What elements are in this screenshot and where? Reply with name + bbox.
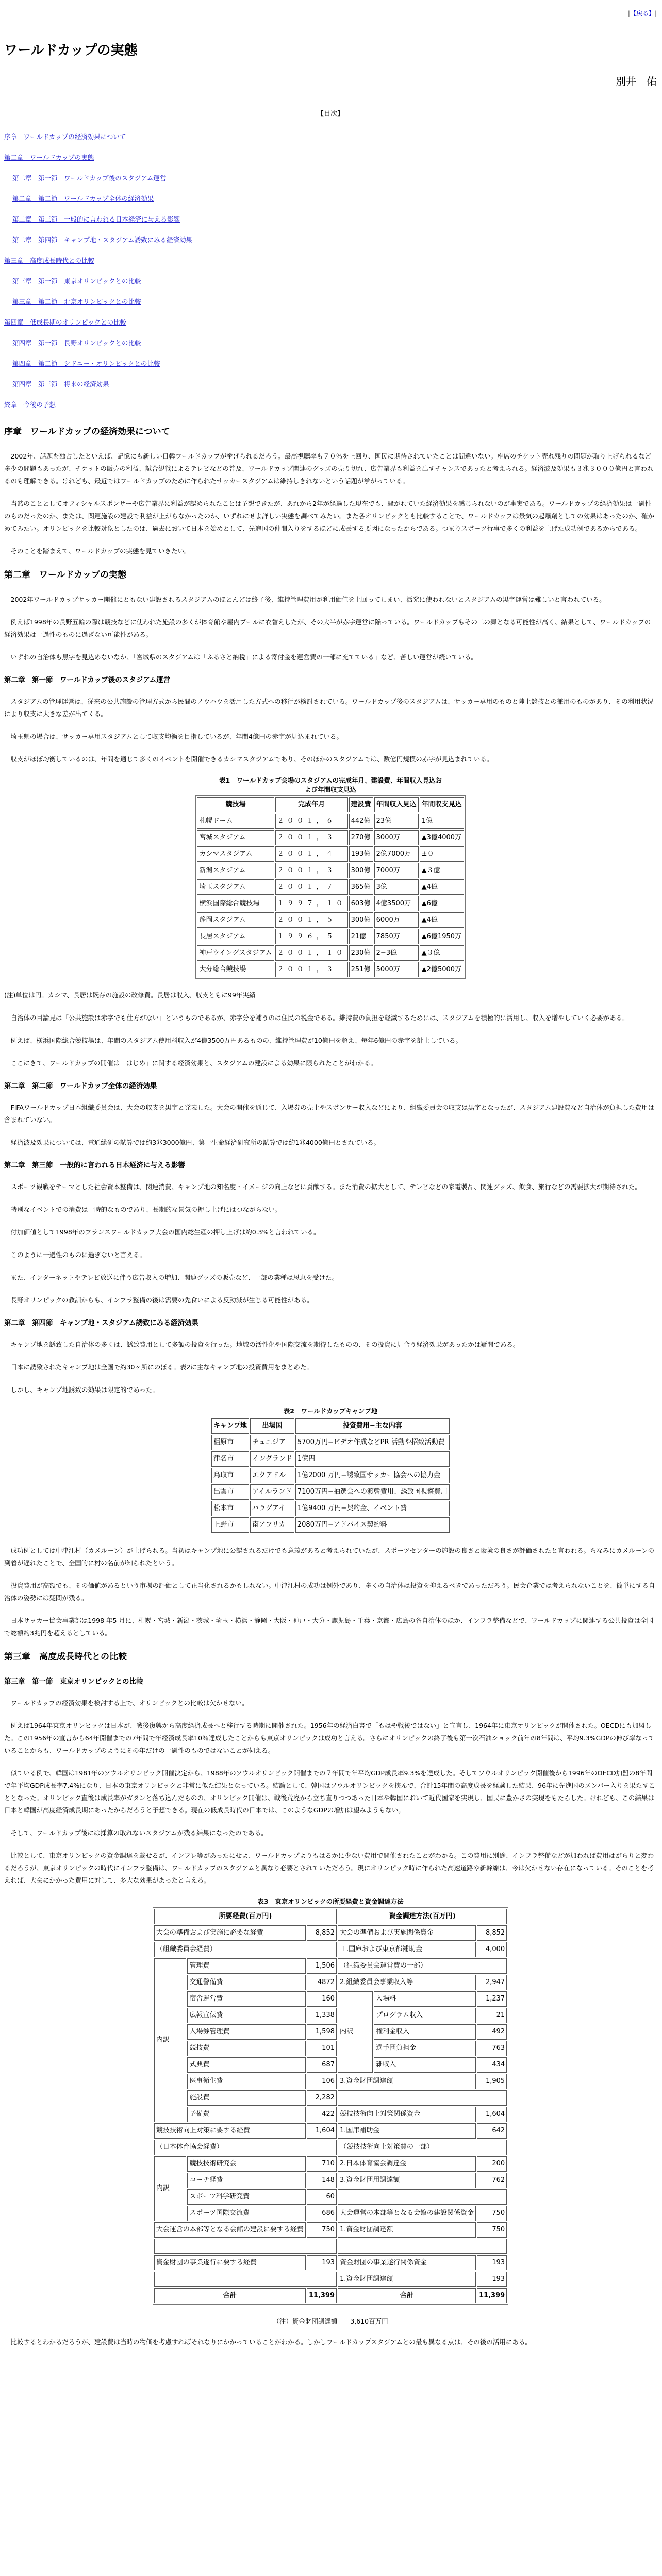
toc-link[interactable]: 第二章 第三節 一般的に言われる日本経済に与える影響 [12,213,180,226]
table-note: （注）資金財団調達額 3,610百万円 [4,2315,657,2328]
cell: 365億 [349,879,373,895]
paragraph: 埼玉県の場合は、サッカー専用スタジアムとして収支均衡を目指しているが、年間4億円… [4,731,657,743]
cell: 埼玉スタジアム [197,879,274,895]
cell: エクアドル [250,1468,294,1483]
toc-entry: 第三章 高度成長時代との比較 [4,255,657,275]
cell: 札幌ドーム [197,814,274,829]
cell: 300億 [349,912,373,928]
cell: ２００１，４ [275,846,348,862]
cell: 南アフリカ [250,1517,294,1533]
cell: 式典費 [187,2057,305,2073]
cell: 大会の準備および実施に必要な経費 [154,1925,306,1941]
cell: 新潟スタジアム [197,863,274,878]
cell: 1,237 [477,1991,507,2007]
cell: 200 [477,2156,507,2172]
paragraph: 比較として、東京オリンピックの資金調達を載せるが、インフレ等があったにせよ、ワー… [4,1850,657,1887]
paragraph: 例えば、横浜国際総合競技場は、年間のスタジアム使用料収入が4億3500万円あるも… [4,1035,657,1047]
cell: 750 [477,2222,507,2238]
cell: ２００１，７ [275,879,348,895]
section-heading: 第二章 第三節 一般的に言われる日本経済に与える影響 [4,1159,657,1172]
cell: （組織委員会経費） [154,1942,337,1957]
paragraph: ここにきて、ワールドカップの開催は「はじめ」に関する経済効果と、スタジアムの建設… [4,1057,657,1070]
cell: 422 [307,2107,337,2122]
cell: ２００１，３ [275,830,348,845]
cell: （競技技術向上対策費の一部） [338,2140,507,2155]
cell: 大会の準備および実施関係資金 [338,1925,476,1941]
cell: 4億3500万 [374,896,419,911]
author-name: 別井 佑 [4,75,657,88]
toc-entry: 第三章 第二節 北京オリンピックとの比較 [4,296,657,316]
toc-link[interactable]: 第四章 低成長期のオリンピックとの比較 [4,316,126,329]
empty-cell [338,2239,507,2254]
section-heading: 第二章 第二節 ワールドカップ全体の経済効果 [4,1080,657,1092]
cell: 442億 [349,814,373,829]
cell: 出雲市 [211,1484,249,1500]
page-title: ワールドカップの実態 [4,40,657,61]
table-row: 1.資金財団調達額 193 [154,2272,507,2287]
cell: 193 [307,2255,337,2270]
cell: 101 [307,2041,337,2056]
column-header: 建設費 [349,797,373,812]
cell: 入場券管理費 [187,2024,305,2040]
table-row: 広報宣伝費 1,338 プログラム収入 21 [154,2008,507,2023]
paragraph: 日本サッカー協会事業部は1998 年5 月に、札幌・宮城・新潟・茨城・埼玉・横浜… [4,1615,657,1639]
toc-link[interactable]: 第四章 第三節 将来の経済効果 [12,378,109,391]
cell: ２００１，５ [275,912,348,928]
cell: 11,399 [307,2288,337,2303]
section-heading: 第二章 第四節 キャンプ地・スタジアム誘致にみる経済効果 [4,1317,657,1329]
cell: 251億 [349,962,373,977]
column-header: 資金調達方法(百万円) [338,1909,507,1924]
cell: 静岡スタジアム [197,912,274,928]
table-row: 宿舎運営費 160 内訳 入場料 1,237 [154,1991,507,2007]
cell: ２００１，３ [275,962,348,977]
toc-entry: 第二章 第四節 キャンプ地・スタジアム誘致にみる経済効果 [4,234,657,255]
table-row: 交通警備費 4872 2.組織委員会事業収入等 2,947 [154,1975,507,1990]
cell: 広報宣伝費 [187,2008,305,2023]
table-row: 新潟スタジアム２００１，３300億7000万▲３億 [197,863,464,878]
back-link[interactable]: 【戻る】 [630,10,655,17]
paragraph: 自治体の目論見は「公共施設は赤字でも仕方がない」というものであるが、赤字分を補う… [4,1012,657,1024]
cell: ２００１，６ [275,814,348,829]
table-row: 式典費 687 雑収入 434 [154,2057,507,2073]
cell: 1.資金財団調達額 [338,2272,476,2287]
table-row: 医事衛生費 106 3.資金財団調達額 1,905 [154,2074,507,2089]
cell: ±０ [420,846,464,862]
paragraph: ワールドカップの経済効果を検討する上で、オリンピックとの比較は欠かせない。 [4,1697,657,1709]
cell: 資金財団の事業遂行に要する経費 [154,2255,306,2270]
cell: 施設費 [187,2090,305,2106]
column-header: 完成年月 [275,797,348,812]
cell: 1.資金財団調達額 [338,2222,476,2238]
cell: ▲4億 [420,912,464,928]
table-row: スポーツ科学研究費 60 [154,2189,507,2205]
cell: 2−3億 [374,945,419,961]
cell: 642 [477,2123,507,2139]
paragraph: 2002年ワールドカップサッカー開催にともない建設されるスタジアムのほとんどは終… [4,594,657,606]
toc-entry: 第二章 ワールドカップの実態 [4,151,657,172]
cell: 8,852 [307,1925,337,1941]
cell: ２００１，３ [275,863,348,878]
table-row: 橿原市チュニジア5700万円−ビデオ作成などPR 活動や招致活動費 [211,1435,450,1450]
cell: 1,604 [477,2107,507,2122]
table-row: 内訳 管理費 1,506 （組織委員会運営費の一部） [154,1958,507,1974]
cell: スポーツ科学研究費 [187,2189,305,2205]
table-header-row: 所要経費(百万円) 資金調達方法(百万円) [154,1909,507,1924]
table-row: スポーツ国際交流費 686 大会運営の本部等となる会館の建設関係資金 750 [154,2206,507,2221]
paragraph: スポーツ観戦をテーマとした社会資本整備は、関連消費、キャンプ地の知名度・イメージ… [4,1181,657,1193]
table-row: 競技費 101 選手団負担金 763 [154,2041,507,2056]
cell: 神戸ウイングスタジアム [197,945,274,961]
divider: | [655,10,657,17]
cell: コーチ経費 [187,2173,305,2188]
column-header: 年間収支見込 [420,797,464,812]
table-header-row: 競技場 完成年月 建設費 年間収入見込 年間収支見込 [197,797,464,812]
paragraph: 例えば1998年の長野五輪の際は競技などに使われた施設の多くが体育館や屋内プール… [4,616,657,641]
cell: 大会運営の本部等となる会館の建設に要する経費 [154,2222,306,2238]
table-row: 上野市南アフリカ2080万円−アドバイス契約料 [211,1517,450,1533]
cell: ▲３億 [420,945,464,961]
cell: 4,000 [477,1942,507,1957]
table-row: 長居スタジアム１９９６，５21億7850万▲6億1950万 [197,929,464,944]
table-row: 出雲市アイルランド7100万円−抽選会への渡韓費用、誘致国視察費用 [211,1484,450,1500]
cell: １９９７，１０ [275,896,348,911]
paragraph: 似ている例で、韓国は1981年のソウルオリンピック開催決定から、1988年のソウ… [4,1767,657,1817]
cell: 270億 [349,830,373,845]
cell: 1億 [420,814,464,829]
empty-cell [154,2239,337,2254]
chapter-heading: 序章 ワールドカップの経済効果について [4,425,657,439]
column-header: 年間収入見込 [374,797,419,812]
cell: 内訳 [154,1958,187,2122]
cell: 鳥取市 [211,1468,249,1483]
cell: 8,852 [477,1925,507,1941]
paragraph: そのことを踏まえて、ワールドカップの実態を見ていきたい。 [4,545,657,557]
cell: 1,338 [307,2008,337,2023]
toc-link[interactable]: 第二章 第一節 ワールドカップ後のスタジアム運営 [12,172,166,184]
cell: パラグアイ [250,1501,294,1516]
column-header: 投資費用−主な内容 [295,1418,450,1434]
cell: 686 [307,2206,337,2221]
cell: 競技技術向上対策関係資金 [338,2107,476,2122]
toc-link[interactable]: 第三章 第一節 東京オリンピックとの比較 [12,275,141,287]
toc-link[interactable]: 第二章 第四節 キャンプ地・スタジアム誘致にみる経済効果 [12,234,192,246]
cell: 4872 [307,1975,337,1990]
paragraph: 成功例としては中津江村（カメルーン）が上げられる。当初はキャンプ地に公認されるだ… [4,1545,657,1569]
cell: チュニジア [250,1435,294,1450]
toc-entry: 序章 ワールドカップの経済効果について [4,131,657,151]
cell: 750 [477,2206,507,2221]
paragraph: また、インターネットやテレビ放送に伴う広告収入の増加、関連グッズの販売など、一部… [4,1272,657,1284]
cell: 21億 [349,929,373,944]
cell: 上野市 [211,1517,249,1533]
cell: 2080万円−アドバイス契約料 [295,1517,450,1533]
cell: 2.組織委員会事業収入等 [338,1975,476,1990]
empty-cell [338,2090,507,2106]
cell: イングランド [250,1451,294,1467]
cell: 選手団負担金 [374,2041,476,2056]
cell: 60 [307,2189,337,2205]
camp-table: キャンプ地 出場国 投資費用−主な内容 橿原市チュニジア5700万円−ビデオ作成… [210,1417,451,1534]
cell: 23億 [374,814,419,829]
paragraph: 経済波及効果については、電通総研の試算では約3兆3000億円、第一生命経済研究所… [4,1137,657,1149]
table-row: （日本体育協会経費） （競技技術向上対策費の一部） [154,2140,507,2155]
paragraph: 収支がほぼ均衡しているのは、年間を通じて多くのイベントを開催できるカシマスタジア… [4,753,657,766]
table-row: 施設費 2,282 [154,2090,507,2106]
table-row: （組織委員会経費） １.国庫および東京都補助金 4,000 [154,1942,507,1957]
cell: 1億円 [295,1451,450,1467]
table-note: (注)単位は円。カシマ、長居は既存の施設の改修費。長居は収入、収支ともに99年実… [4,989,657,1002]
cell: 競技技術研究会 [187,2156,305,2172]
cell: 603億 [349,896,373,911]
cell: ▲2億5000万 [420,962,464,977]
toc-entry: 第四章 第二節 シドニー・オリンピックとの比較 [4,358,657,378]
cell: 権利金収入 [374,2024,476,2040]
cell: 687 [307,2057,337,2073]
paragraph: 当然のこととしてオフィシャルスポンサーや広告業界に利益が認められたことは予想でき… [4,498,657,535]
empty-cell [154,2272,337,2287]
cell: ２００１，１０ [275,945,348,961]
toc-entry: 第四章 第一節 長野オリンピックとの比較 [4,337,657,358]
stadium-table: 競技場 完成年月 建設費 年間収入見込 年間収支見込 札幌ドーム２００１，６44… [195,795,465,979]
toc-entry: 第三章 第一節 東京オリンピックとの比較 [4,275,657,296]
cell: 750 [307,2222,337,2238]
table-row: 鳥取市エクアドル1億2000 万円−誘致国サッカー協会への協力金 [211,1468,450,1483]
cell: 宮城スタジアム [197,830,274,845]
table-row: コーチ経費 148 3.資金財団用調達額 762 [154,2173,507,2188]
column-header: 出場国 [250,1418,294,1434]
paragraph: 日本に誘致されたキャンプ地は全国で約30ヶ所にのぼる。表2に主なキャンプ地の投資… [4,1361,657,1374]
table-row: カシマスタジアム２００１，４193億2億7000万±０ [197,846,464,862]
table-header-row: キャンプ地 出場国 投資費用−主な内容 [211,1418,450,1434]
toc-entry: 第四章 低成長期のオリンピックとの比較 [4,316,657,337]
cell: １９９６，５ [275,929,348,944]
toc-link[interactable]: 第四章 第一節 長野オリンピックとの比較 [12,337,141,349]
cell: 710 [307,2156,337,2172]
cell: 雑収入 [374,2057,476,2073]
cell: 1億2000 万円−誘致国サッカー協会への協力金 [295,1468,450,1483]
cell: 医事衛生費 [187,2074,305,2089]
cell: ▲3億4000万 [420,830,464,845]
caption-line: よび年間収支見込 [4,785,657,794]
cell: （組織委員会運営費の一部） [338,1958,507,1974]
chapter-heading: 第二章 ワールドカップの実態 [4,568,657,582]
cell: 交通警備費 [187,1975,305,1990]
cell: ▲6億 [420,896,464,911]
cell: 大会運営の本部等となる会館の建設関係資金 [338,2206,476,2221]
table-row: 入場券管理費 1,598 権利金収入 492 [154,2024,507,2040]
cell: 492 [477,2024,507,2040]
table-row [154,2239,507,2254]
document-page: |【戻る】| ワールドカップの実態 別井 佑 【目次】 序章 ワールドカップの経… [0,0,662,2369]
table-row: 埼玉スタジアム２００１，７365億3億▲4億 [197,879,464,895]
paragraph: キャンプ地を誘致した自治体の多くは、誘致費用として多額の投資を行った。地域の活性… [4,1338,657,1351]
cell: 106 [307,2074,337,2089]
paragraph: 付加価値として1998年のフランスワールドカップ大会の国内総生産の押し上げは約0… [4,1226,657,1239]
cell: 合計 [154,2288,306,2303]
toc-entry: 第四章 第三節 将来の経済効果 [4,378,657,399]
section-heading: 第二章 第一節 ワールドカップ後のスタジアム運営 [4,674,657,686]
table-row: 宮城スタジアム２００１，３270億3000万▲3億4000万 [197,830,464,845]
empty-cell [338,2189,507,2205]
cell: １.国庫および東京都補助金 [338,1942,476,1957]
cell: 7100万円−抽選会への渡韓費用、誘致国視察費用 [295,1484,450,1500]
cell: 大分総合競技場 [197,962,274,977]
cell: 193億 [349,846,373,862]
cell: 7850万 [374,929,419,944]
cell: 1,604 [307,2123,337,2139]
column-header: 競技場 [197,797,274,812]
toc-entry: 第二章 第三節 一般的に言われる日本経済に与える影響 [4,213,657,234]
cell: 宿舎運営費 [187,1991,305,2007]
paragraph: いずれの自治体も黒字を見込めないなか、「宮城県のスタジアムは「ふるさと納税」によ… [4,651,657,664]
cell: 1,905 [477,2074,507,2089]
cell: 2,947 [477,1975,507,1990]
toc-entry: 第二章 第二節 ワールドカップ全体の経済効果 [4,193,657,213]
cell: 3.資金財団用調達額 [338,2173,476,2188]
cell: 160 [307,1991,337,2007]
cell: 763 [477,2041,507,2056]
toc-link[interactable]: 第二章 第二節 ワールドカップ全体の経済効果 [12,193,154,205]
cell: 競技費 [187,2041,305,2056]
cell: 2億7000万 [374,846,419,862]
cell: 入場料 [374,1991,476,2007]
table-row: 内訳 競技技術研究会 710 2.日本体育協会調達金 200 [154,2156,507,2172]
cell: ▲6億1950万 [420,929,464,944]
cell: 合計 [338,2288,476,2303]
cell: 1億9400 万円−契約金、イベント費 [295,1501,450,1516]
cell: 762 [477,2173,507,2188]
section-heading: 第三章 第一節 東京オリンピックとの比較 [4,1675,657,1688]
cell: 2,282 [307,2090,337,2106]
cell: 横浜国際総合競技場 [197,896,274,911]
column-header: 所要経費(百万円) [154,1909,337,1924]
cell: スポーツ国際交流費 [187,2206,305,2221]
cell: 7000万 [374,863,419,878]
tokyo-olympics-cost-table: 所要経費(百万円) 資金調達方法(百万円) 大会の準備および実施に必要な経費 8… [153,1907,508,2305]
cell: ▲３億 [420,863,464,878]
cell: 193 [477,2272,507,2287]
table-row: 資金財団の事業遂行に要する経費 193 資金財団の事業遂行関係資金 193 [154,2255,507,2270]
cell: 管理費 [187,1958,305,1974]
cell: 競技技術向上対策に要する経費 [154,2123,306,2139]
cell: 1,598 [307,2024,337,2040]
cell: 11,399 [477,2288,507,2303]
table-row: 神戸ウイングスタジアム２００１，１０230億2−3億▲３億 [197,945,464,961]
cell: 松本市 [211,1501,249,1516]
paragraph: 2002年、話題を独占したといえば、記憶にも新しい日韓ワールドカップが挙げられる… [4,450,657,487]
table-row: 大会運営の本部等となる会館の建設に要する経費 750 1.資金財団調達額 750 [154,2222,507,2238]
table-row: 横浜国際総合競技場１９９７，１０603億4億3500万▲6億 [197,896,464,911]
toc-link[interactable]: 第三章 第二節 北京オリンピックとの比較 [12,296,141,308]
cell: 230億 [349,945,373,961]
paragraph: 例えば1964年東京オリンピックは日本が、戦後復興から高度経済成長へと移行する時… [4,1720,657,1757]
cell: 橿原市 [211,1435,249,1450]
toc-link[interactable]: 第三章 高度成長時代との比較 [4,255,94,267]
cell: 193 [477,2255,507,2270]
cell: 300億 [349,863,373,878]
cell: 1.国庫補助金 [338,2123,476,2139]
top-nav: |【戻る】| [4,4,657,28]
table-caption: 表3 東京オリンピックの所要経費と資金調達方法 [4,1897,657,1906]
toc-link[interactable]: 終章 今後の予想 [4,399,56,411]
paragraph: スタジアムの管理運営は、従来の公共施設の管理方式から民間のノウハウを活用した方式… [4,696,657,720]
table-row: 津名市イングランド1億円 [211,1451,450,1467]
table-row: 大分総合競技場２００１，３251億5000万▲2億5000万 [197,962,464,977]
cell: 長居スタジアム [197,929,274,944]
paragraph: 特別なイベントでの消費は一時的なものであり、長期的な景気の押し上げにはつながらな… [4,1204,657,1216]
cell: 3000万 [374,830,419,845]
caption-line: 表1 ワールドカップ会場のスタジアムの完成年月、建設費、年間収入見込お [4,776,657,785]
toc-entry: 終章 今後の予想 [4,399,657,419]
cell: 予備費 [187,2107,305,2122]
cell: 2.日本体育協会調達金 [338,2156,476,2172]
cell: アイルランド [250,1484,294,1500]
cell: 434 [477,2057,507,2073]
cell: ▲4億 [420,879,464,895]
toc-entry: 第二章 第一節 ワールドカップ後のスタジアム運営 [4,172,657,193]
paragraph: そして、ワールドカップ後には採算の取れないスタジアムが残る結果になったのである。 [4,1827,657,1839]
table-row: 予備費 422 競技技術向上対策関係資金 1,604 [154,2107,507,2122]
table-row: 松本市パラグアイ1億9400 万円−契約金、イベント費 [211,1501,450,1516]
paragraph: 比較するとわかるだろうが、建設費は当時の物価を考慮すればそれなりにかかっているこ… [4,2336,657,2348]
paragraph: FIFAワールドカップ日本組織委員会は、大会の収支を黒字と発表した。大会の開催を… [4,1101,657,1126]
toc-link[interactable]: 第四章 第二節 シドニー・オリンピックとの比較 [12,358,160,370]
table-row: 競技技術向上対策に要する経費 1,604 1.国庫補助金 642 [154,2123,507,2139]
cell: 1,506 [307,1958,337,1974]
paragraph: 長野オリンピックの教訓からも、インフラ整備の後は需要の先食いによる反動減が生じる… [4,1294,657,1307]
toc-link[interactable]: 序章 ワールドカップの経済効果について [4,131,126,143]
cell: 5000万 [374,962,419,977]
paragraph: このように一過性のものに過ぎないと言える。 [4,1249,657,1261]
cell: 3億 [374,879,419,895]
toc-link[interactable]: 第二章 ワールドカップの実態 [4,151,94,164]
table-row: 静岡スタジアム２００１，５300億6000万▲4億 [197,912,464,928]
cell: 内訳 [154,2156,187,2221]
cell: プログラム収入 [374,2008,476,2023]
cell: （日本体育協会経費） [154,2140,337,2155]
toc-heading: 【目次】 [4,108,657,121]
table-row: 札幌ドーム２００１，６442億23億1億 [197,814,464,829]
cell: 資金財団の事業遂行関係資金 [338,2255,476,2270]
table-total-row: 合計 11,399 合計 11,399 [154,2288,507,2303]
cell: 5700万円−ビデオ作成などPR 活動や招致活動費 [295,1435,450,1450]
cell: 3.資金財団調達額 [338,2074,476,2089]
paragraph: 投資費用が高額でも、その価値があるという市場の評価として正当化されるかもしれない… [4,1580,657,1604]
cell: 6000万 [374,912,419,928]
table-caption: 表2 ワールドカップキャンプ地 [4,1406,657,1416]
table-caption: 表1 ワールドカップ会場のスタジアムの完成年月、建設費、年間収入見込お よび年間… [4,776,657,794]
paragraph: しかし、キャンプ地誘致の効果は限定的であった。 [4,1384,657,1396]
cell: 21 [477,2008,507,2023]
cell: 148 [307,2173,337,2188]
chapter-heading: 第三章 高度成長時代との比較 [4,1650,657,1664]
cell: 津名市 [211,1451,249,1467]
table-of-contents: 序章 ワールドカップの経済効果について 第二章 ワールドカップの実態 第二章 第… [4,131,657,419]
cell: カシマスタジアム [197,846,274,862]
cell: 内訳 [338,1991,373,2073]
column-header: キャンプ地 [211,1418,249,1434]
table-row: 大会の準備および実施に必要な経費 8,852 大会の準備および実施関係資金 8,… [154,1925,507,1941]
